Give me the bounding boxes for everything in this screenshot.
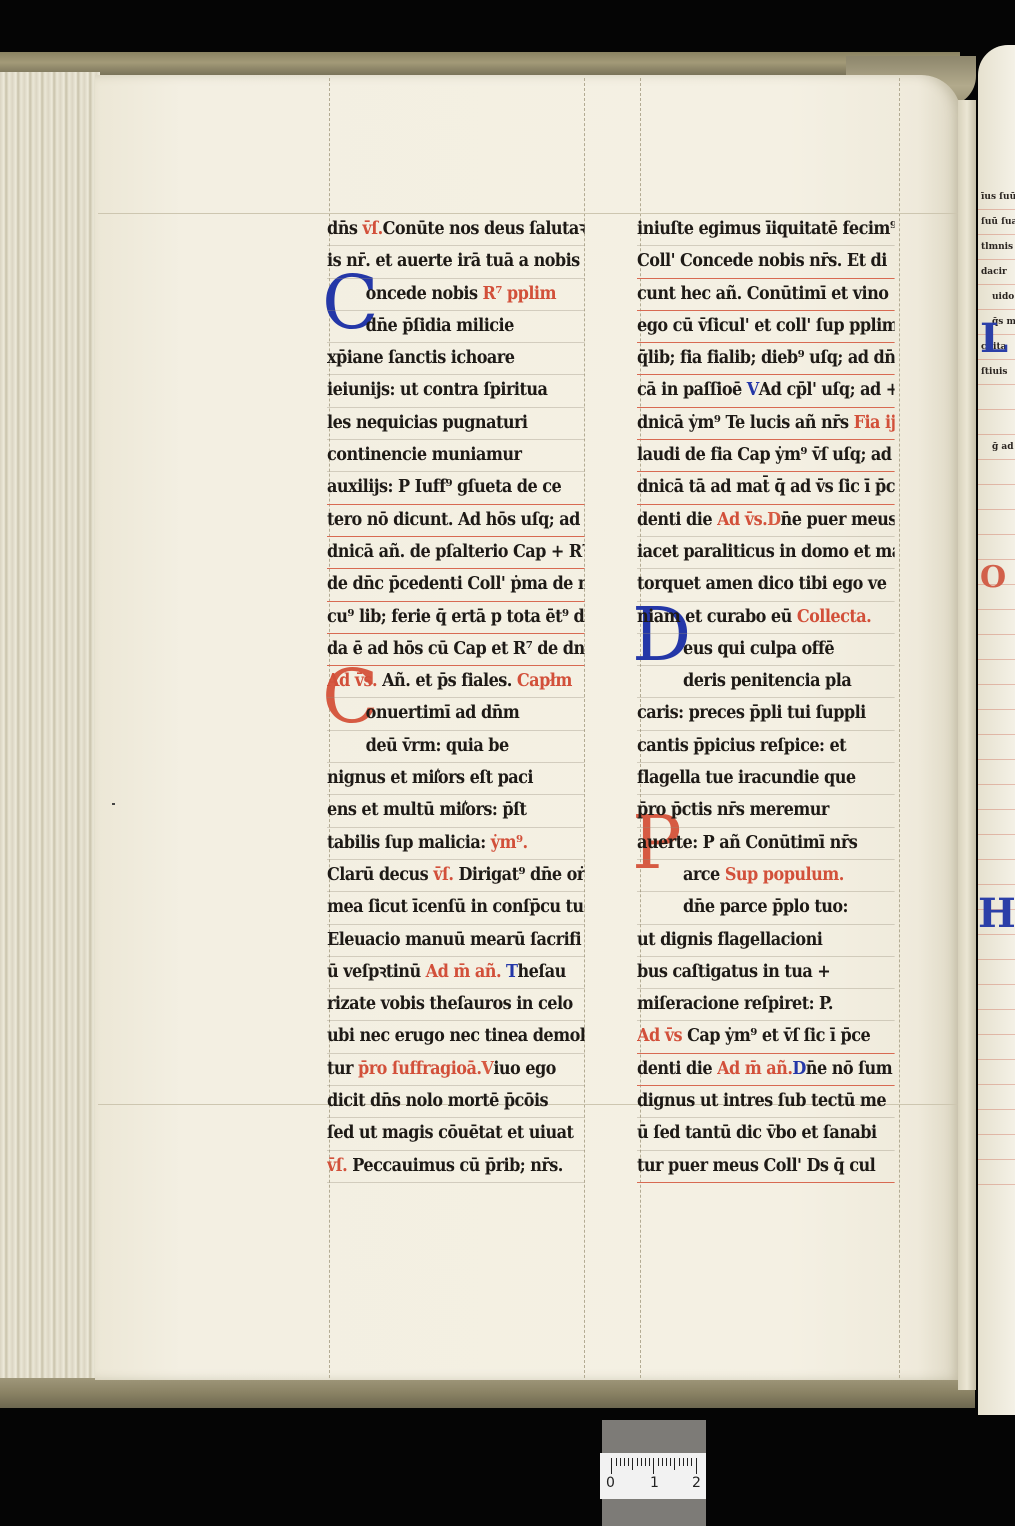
text-line: eus qui culpa offē bbox=[637, 634, 895, 666]
rubric: Ad v̄s. bbox=[717, 510, 767, 530]
text-line: tero nō dicunt. Ad hōs uſq; ad bbox=[327, 505, 585, 537]
facing-text-line bbox=[978, 685, 1015, 710]
scale-tick bbox=[632, 1458, 633, 1470]
facing-page: īus ſuū ſuū ſua tlmnis dacir uido q̄s m … bbox=[978, 45, 1015, 1415]
text-line: Coll' Concede nobis nr̄s. Et di bbox=[637, 246, 895, 278]
text-line: Eleuacio manuū mearū ſacrifi bbox=[327, 925, 585, 957]
text-line: cu⁹ lib; ferie q̄ ertā p tota ēt⁹ dicen bbox=[327, 602, 585, 634]
rubric: Ad v̄s. bbox=[327, 671, 377, 691]
text-line: auerte: P añ Conūtimī nr̄s bbox=[637, 828, 895, 860]
text-line: dnicā tā ad mat̄ q̄ ad v̄s ſic ī p̄ce bbox=[637, 472, 895, 504]
text-line: q̄lib; fia fialib; dieb⁹ uſq; ad dn̄i bbox=[637, 343, 895, 375]
facing-text-line: uido bbox=[978, 285, 1015, 310]
text-line: dignus ut intres ſub tectū me bbox=[637, 1086, 895, 1118]
stray-mark bbox=[112, 803, 115, 805]
rubric: Ad m̄ añ. bbox=[426, 962, 501, 982]
scale-tick bbox=[658, 1458, 659, 1466]
text-line: dnicā ẏm⁹ Te lucis añ nr̄s Fia ij. bbox=[637, 408, 895, 440]
facing-text-line bbox=[978, 985, 1015, 1010]
initial-d-red: D bbox=[767, 505, 780, 536]
text-line: torquet amen dico tibi ego ve bbox=[637, 569, 895, 601]
text-line: denti die Ad m̄ añ.Dn̄e nō ſum bbox=[637, 1054, 895, 1086]
text-line: da ē ad hōs cū Cap et R⁷ de dnica bbox=[327, 634, 585, 666]
facing-text-line bbox=[978, 610, 1015, 635]
initial-v-red: V bbox=[481, 1054, 493, 1085]
facing-text-line bbox=[978, 785, 1015, 810]
facing-text-line bbox=[978, 660, 1015, 685]
facing-text-line bbox=[978, 535, 1015, 560]
text-line: ut dignis flagellacioni bbox=[637, 925, 895, 957]
scale-label-2: 2 bbox=[692, 1475, 701, 1491]
text-line: ens et multū miſ͛ors: p̄ſt bbox=[327, 795, 585, 827]
text-line: ū ſed tantū dic v̄bo et ſanabi bbox=[637, 1118, 895, 1150]
page-stack-left bbox=[0, 72, 100, 1388]
initial-v-blue: V bbox=[747, 375, 759, 406]
facing-text-line bbox=[978, 460, 1015, 485]
scale-tick bbox=[637, 1458, 638, 1466]
scale-tick bbox=[649, 1458, 650, 1466]
text-line: dn̄e p̄ſidia milicie bbox=[327, 311, 585, 343]
text-line: continencie muniamur bbox=[327, 440, 585, 472]
text-line: laudi de fia Cap ẏm⁹ v̄ſ uſq; ad bbox=[637, 440, 895, 472]
scale-tick bbox=[687, 1458, 688, 1466]
scale-label-1: 1 bbox=[650, 1475, 659, 1491]
facing-text-line: īus ſuū bbox=[978, 185, 1015, 210]
text-line: dnicā añ. de pſalterio Cap + R⁷ bbox=[327, 537, 585, 569]
scale-tick bbox=[662, 1458, 663, 1466]
rubric: v̄ſ. bbox=[327, 1156, 347, 1176]
facing-text-line bbox=[978, 735, 1015, 760]
rubric: Ad v̄s bbox=[637, 1026, 682, 1046]
text-line: Clarū decus v̄ſ. Dirigat⁹ dn̄e oṙo bbox=[327, 860, 585, 892]
rubric: p̄ro ſuffragioā. bbox=[358, 1059, 481, 1079]
facing-text-line bbox=[978, 410, 1015, 435]
text-line: tabilis ſup malicia: ẏm⁹. bbox=[327, 828, 585, 860]
text-line: auxilijs: P Iuff⁹ gſueta de ce bbox=[327, 472, 585, 504]
facing-text-line: ſtiuis bbox=[978, 360, 1015, 385]
text-line: iniuſte egimus īiquitatē fecim⁹ bbox=[637, 214, 895, 246]
text-line: ieiunijs: ut contra ſpiritua bbox=[327, 375, 585, 407]
rubric: Sup populum. bbox=[725, 865, 844, 885]
text-line: xp̄iane ſanctis ichoare bbox=[327, 343, 585, 375]
facing-text-line bbox=[978, 1085, 1015, 1110]
facing-initial-l-blue: L bbox=[980, 315, 1008, 362]
text-line: mea ſicut īcenſū in conſp̄cu tuo. bbox=[327, 892, 585, 924]
initial-d-blue-small: D bbox=[792, 1054, 805, 1085]
scale-tick bbox=[624, 1458, 625, 1466]
facing-text-line bbox=[978, 810, 1015, 835]
facing-text-line bbox=[978, 385, 1015, 410]
text-line: rizate vobis theſauros in celo bbox=[327, 989, 585, 1021]
facing-initial-o-red: O bbox=[980, 560, 1006, 595]
text-line: deū v̄rm: quia be bbox=[327, 731, 585, 763]
scale-tick bbox=[653, 1458, 654, 1474]
rubric: Ad m̄ añ. bbox=[717, 1059, 792, 1079]
text-line: Ad v̄s. Añ. et p̄s fiales. Capłm bbox=[327, 666, 585, 698]
facing-text-line bbox=[978, 860, 1015, 885]
rubric: Collecta. bbox=[797, 607, 871, 627]
text-line: ubi nec erugo nec tinea demoli bbox=[327, 1021, 585, 1053]
text-line: deris penitencia pla bbox=[637, 666, 895, 698]
text-line: bus caſtigatus in tua + bbox=[637, 957, 895, 989]
text-column-left: dn̄s v̄ſ.Conūte nos deus ſalutaꝛ is nr̄.… bbox=[327, 214, 607, 1183]
scale-tick bbox=[683, 1458, 684, 1466]
text-line: dn̄s v̄ſ.Conūte nos deus ſalutaꝛ bbox=[327, 214, 585, 246]
scale-tick bbox=[670, 1458, 671, 1466]
facing-text-line: tlmnis bbox=[978, 235, 1015, 260]
facing-text-line: ḡ ad bbox=[978, 435, 1015, 460]
text-line: dicit dn̄s nolo mortē p̄cōis bbox=[327, 1086, 585, 1118]
scale-tick bbox=[641, 1458, 642, 1466]
text-line: nignus et miſ͛ors eſt paci bbox=[327, 763, 585, 795]
text-line: onuertimī ad dn̄m bbox=[327, 698, 585, 730]
facing-text-line bbox=[978, 510, 1015, 535]
text-line: de dn̄c p̄cedenti Coll' ṗma de mat bbox=[327, 569, 585, 601]
leaf-fore-edge bbox=[958, 100, 976, 1390]
facing-text-line bbox=[978, 485, 1015, 510]
rubric: R⁷ pplim bbox=[483, 284, 556, 304]
text-line: ego cū v̄ſicul' et coll' ſup pplim de bbox=[637, 311, 895, 343]
scale-tick bbox=[679, 1458, 680, 1466]
facing-text-line bbox=[978, 1035, 1015, 1060]
text-line: niam et curabo eū Collecta. bbox=[637, 602, 895, 634]
scale-tick bbox=[645, 1458, 646, 1466]
text-line: miſeracione reſpiret: P. bbox=[637, 989, 895, 1021]
facing-text-line bbox=[978, 1160, 1015, 1185]
text-line: tur p̄ro ſuffragioā.Viuo ego bbox=[327, 1054, 585, 1086]
facing-text-line bbox=[978, 960, 1015, 985]
scale-tick bbox=[691, 1458, 692, 1466]
text-line: cā in paſſioē VAd cp̄l' uſq; ad + bbox=[637, 375, 895, 407]
facing-text-line bbox=[978, 935, 1015, 960]
rubric: ẏm⁹. bbox=[491, 833, 528, 853]
initial-t-blue: T bbox=[506, 957, 517, 988]
facing-text-line: dacir bbox=[978, 260, 1015, 285]
scale-tick bbox=[620, 1458, 621, 1466]
scale-tick bbox=[616, 1458, 617, 1466]
scale-tick bbox=[674, 1458, 675, 1470]
facing-text-line bbox=[978, 635, 1015, 660]
rubric: v̄ſ. bbox=[362, 219, 382, 239]
text-line: les nequicias pugnaturi bbox=[327, 408, 585, 440]
text-line: flagella tue iracundie que bbox=[637, 763, 895, 795]
text-line: oncede nobis R⁷ pplim bbox=[327, 279, 585, 311]
book-bottom-edge bbox=[0, 1378, 975, 1408]
scale-tick bbox=[628, 1458, 629, 1466]
facing-text-line bbox=[978, 760, 1015, 785]
text-line: arce Sup populum. bbox=[637, 860, 895, 892]
facing-text-line bbox=[978, 710, 1015, 735]
scale-tick bbox=[696, 1458, 697, 1474]
text-line: iacet paraliticus in domo et male bbox=[637, 537, 895, 569]
text-line: tur puer meus Coll' Ds q̄ cul bbox=[637, 1151, 895, 1183]
scale-tick bbox=[611, 1458, 612, 1474]
text-line: cunt hec añ. Conūtimī et vino bbox=[637, 279, 895, 311]
facing-text-line bbox=[978, 1110, 1015, 1135]
text-line: caris: preces p̄pli tui ſuppli bbox=[637, 698, 895, 730]
text-line: ſed ut magis cōuētat et uiuat bbox=[327, 1118, 585, 1150]
rubric: Fia ij. bbox=[854, 413, 895, 433]
text-line: cantis p̄picius reſpice: et bbox=[637, 731, 895, 763]
facing-text-line: ſuū ſua bbox=[978, 210, 1015, 235]
facing-text-line bbox=[978, 1010, 1015, 1035]
facing-text-line bbox=[978, 1060, 1015, 1085]
text-line: denti die Ad v̄s.Dn̄e puer meus bbox=[637, 505, 895, 537]
facing-text-line bbox=[978, 835, 1015, 860]
text-line: dn̄e parce p̄plo tuo: bbox=[637, 892, 895, 924]
text-line: p̄ro p̄ctis nr̄s meremur bbox=[637, 795, 895, 827]
text-line: is nr̄. et auerte irā tuā a nobis bbox=[327, 246, 585, 278]
text-line: v̄ſ. Peccauimus cū p̄rib; nr̄s. bbox=[327, 1151, 585, 1183]
facing-text-line bbox=[978, 1135, 1015, 1160]
facing-initial-h-blue: H bbox=[978, 890, 1015, 937]
text-line: ū veſpꝛtinū Ad m̄ añ. Theſau bbox=[327, 957, 585, 989]
rubric: Capłm bbox=[517, 671, 572, 691]
text-column-right: iniuſte egimus īiquitatē fecim⁹ Coll' Co… bbox=[637, 214, 917, 1183]
rubric: v̄ſ. bbox=[433, 865, 453, 885]
scale-label-0: 0 bbox=[606, 1475, 615, 1491]
text-line: Ad v̄s Cap ẏm⁹ et v̄ſ ſic ī p̄ce bbox=[637, 1021, 895, 1053]
scale-tick bbox=[666, 1458, 667, 1466]
